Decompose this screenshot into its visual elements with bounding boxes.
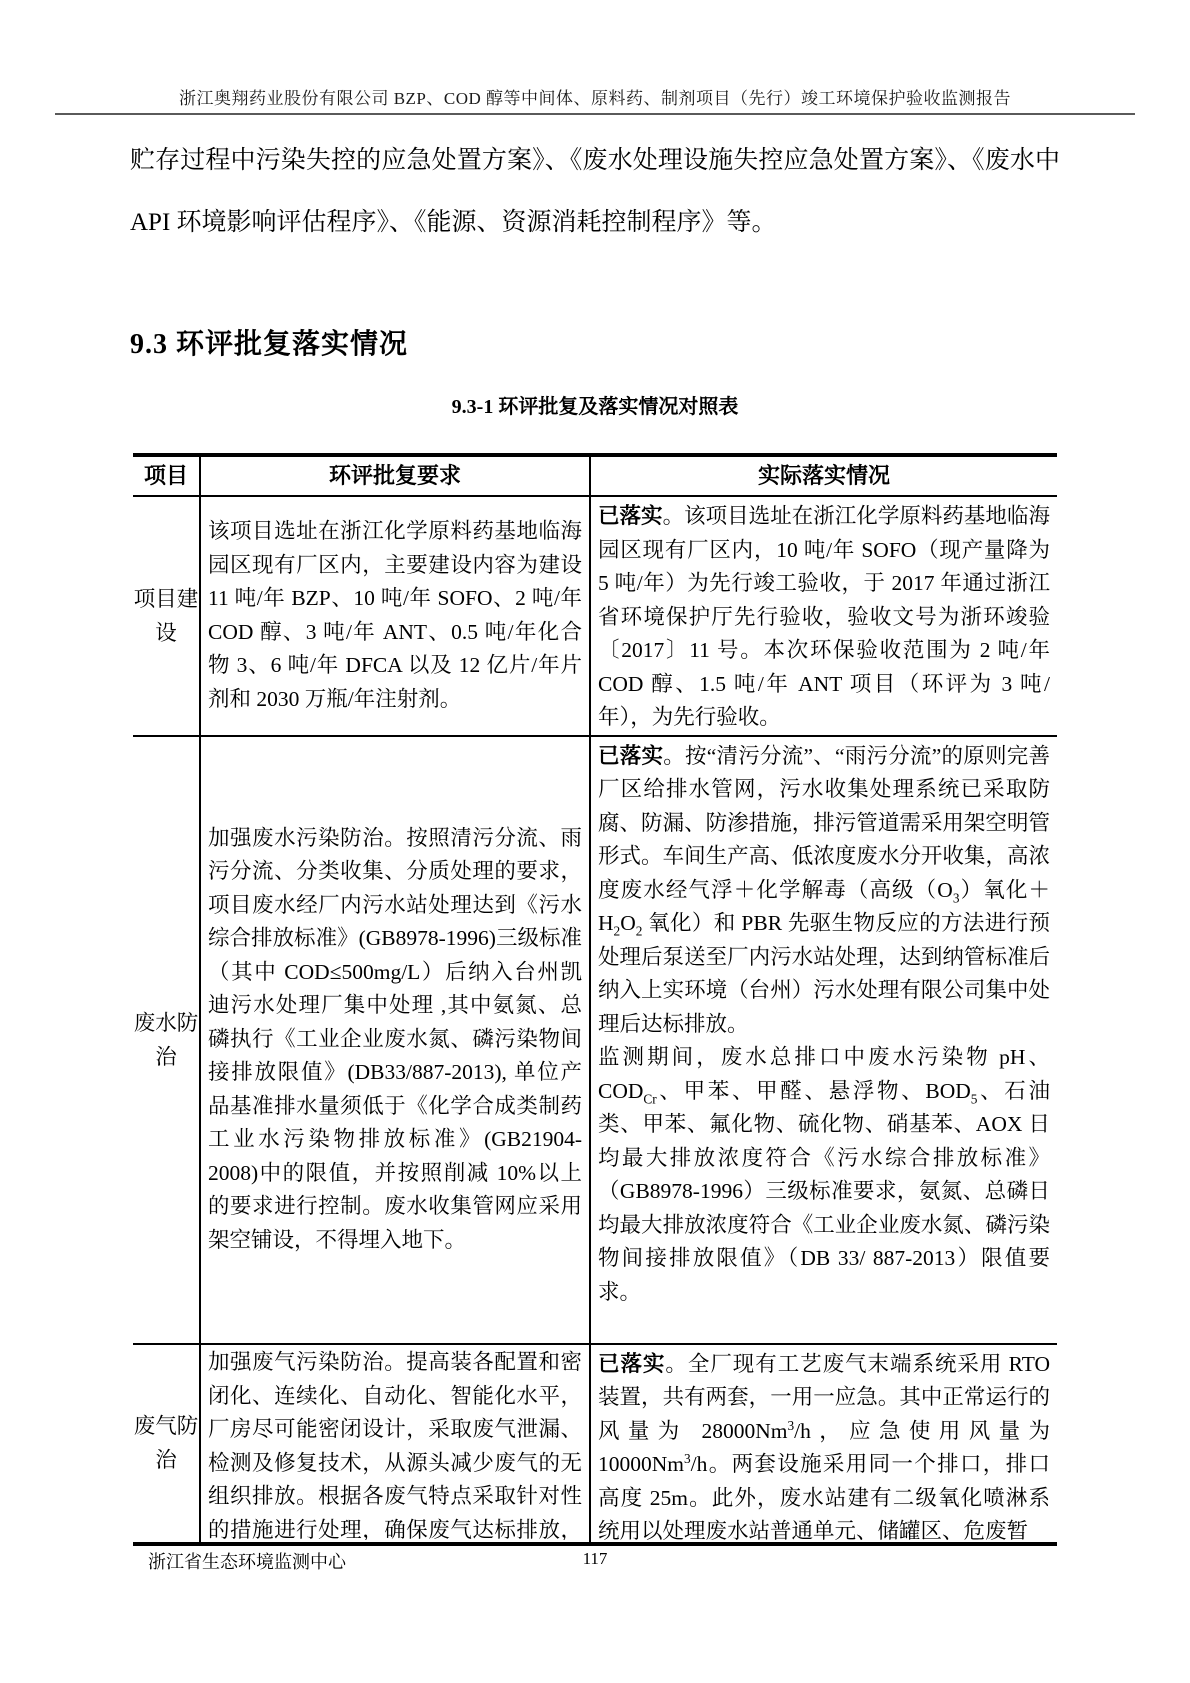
column-header-item: 项目 xyxy=(133,455,200,496)
table-caption: 9.3-1 环评批复及落实情况对照表 xyxy=(130,390,1060,419)
row-status-cell: 已落实。该项目选址在浙江化学原料药基地临海园区现有厂区内，10 吨/年 SOFO… xyxy=(590,496,1057,736)
column-header-status: 实际落实情况 xyxy=(590,455,1057,496)
table-row-wastegas: 废气防治 加强废气污染防治。提高装各配置和密闭化、连续化、自动化、智能化水平，厂… xyxy=(133,1344,1057,1544)
status-text: 已落实。按“清污分流”、“雨污分流”的原则完善厂区给排水管网，污水收集处理系统已… xyxy=(591,737,1057,1310)
row-requirement-cell: 该项目选址在浙江化学原料药基地临海园区现有厂区内，主要建设内容为建设 11 吨/… xyxy=(200,496,590,736)
column-header-requirement: 环评批复要求 xyxy=(200,455,590,496)
requirement-text: 加强废水污染防治。按照清污分流、雨污分流、分类收集、分质处理的要求，项目废水经厂… xyxy=(201,822,589,1258)
requirement-text: 该项目选址在浙江化学原料药基地临海园区现有厂区内，主要建设内容为建设 11 吨/… xyxy=(201,515,589,716)
table-header-row: 项目 环评批复要求 实际落实情况 xyxy=(133,455,1057,496)
status-text: 已落实。该项目选址在浙江化学原料药基地临海园区现有厂区内，10 吨/年 SOFO… xyxy=(591,497,1057,735)
body-paragraph: 贮存过程中污染失控的应急处置方案》、《废水处理设施失控应急处置方案》、《废水中 … xyxy=(130,130,1060,254)
row-requirement-cell: 加强废气污染防治。提高装各配置和密闭化、连续化、自动化、智能化水平，厂房尽可能密… xyxy=(200,1344,590,1544)
requirement-text: 加强废气污染防治。提高装各配置和密闭化、连续化、自动化、智能化水平，厂房尽可能密… xyxy=(201,1346,589,1540)
running-header-title: 浙江奥翔药业股份有限公司 BZP、COD 醇等中间体、原料药、制剂项目（先行）竣… xyxy=(0,84,1190,109)
document-page: 浙江奥翔药业股份有限公司 BZP、COD 醇等中间体、原料药、制剂项目（先行）竣… xyxy=(0,0,1190,1683)
status-text: 已落实。全厂现有工艺废气末端系统采用 RTO 装置，共有两套，一用一应急。其中正… xyxy=(591,1345,1057,1542)
comparison-table: 项目 环评批复要求 实际落实情况 项目建设 该项目选址在浙江化学原料药基地临海园… xyxy=(133,453,1057,1546)
row-status-cell: 已落实。按“清污分流”、“雨污分流”的原则完善厂区给排水管网，污水收集处理系统已… xyxy=(590,736,1057,1344)
footer-page-number: 117 xyxy=(0,1549,1190,1569)
row-item-label: 废气防治 xyxy=(133,1344,200,1544)
row-status-cell: 已落实。全厂现有工艺废气末端系统采用 RTO 装置，共有两套，一用一应急。其中正… xyxy=(590,1344,1057,1544)
table-row-wastewater: 废水防治 加强废水污染防治。按照清污分流、雨污分流、分类收集、分质处理的要求，项… xyxy=(133,736,1057,1344)
header-rule xyxy=(55,113,1135,115)
table-row-project-construction: 项目建设 该项目选址在浙江化学原料药基地临海园区现有厂区内，主要建设内容为建设 … xyxy=(133,496,1057,736)
section-heading: 9.3 环评批复落实情况 xyxy=(130,322,1060,362)
row-item-label: 废水防治 xyxy=(133,736,200,1344)
row-item-label: 项目建设 xyxy=(133,496,200,736)
row-requirement-cell: 加强废水污染防治。按照清污分流、雨污分流、分类收集、分质处理的要求，项目废水经厂… xyxy=(200,736,590,1344)
